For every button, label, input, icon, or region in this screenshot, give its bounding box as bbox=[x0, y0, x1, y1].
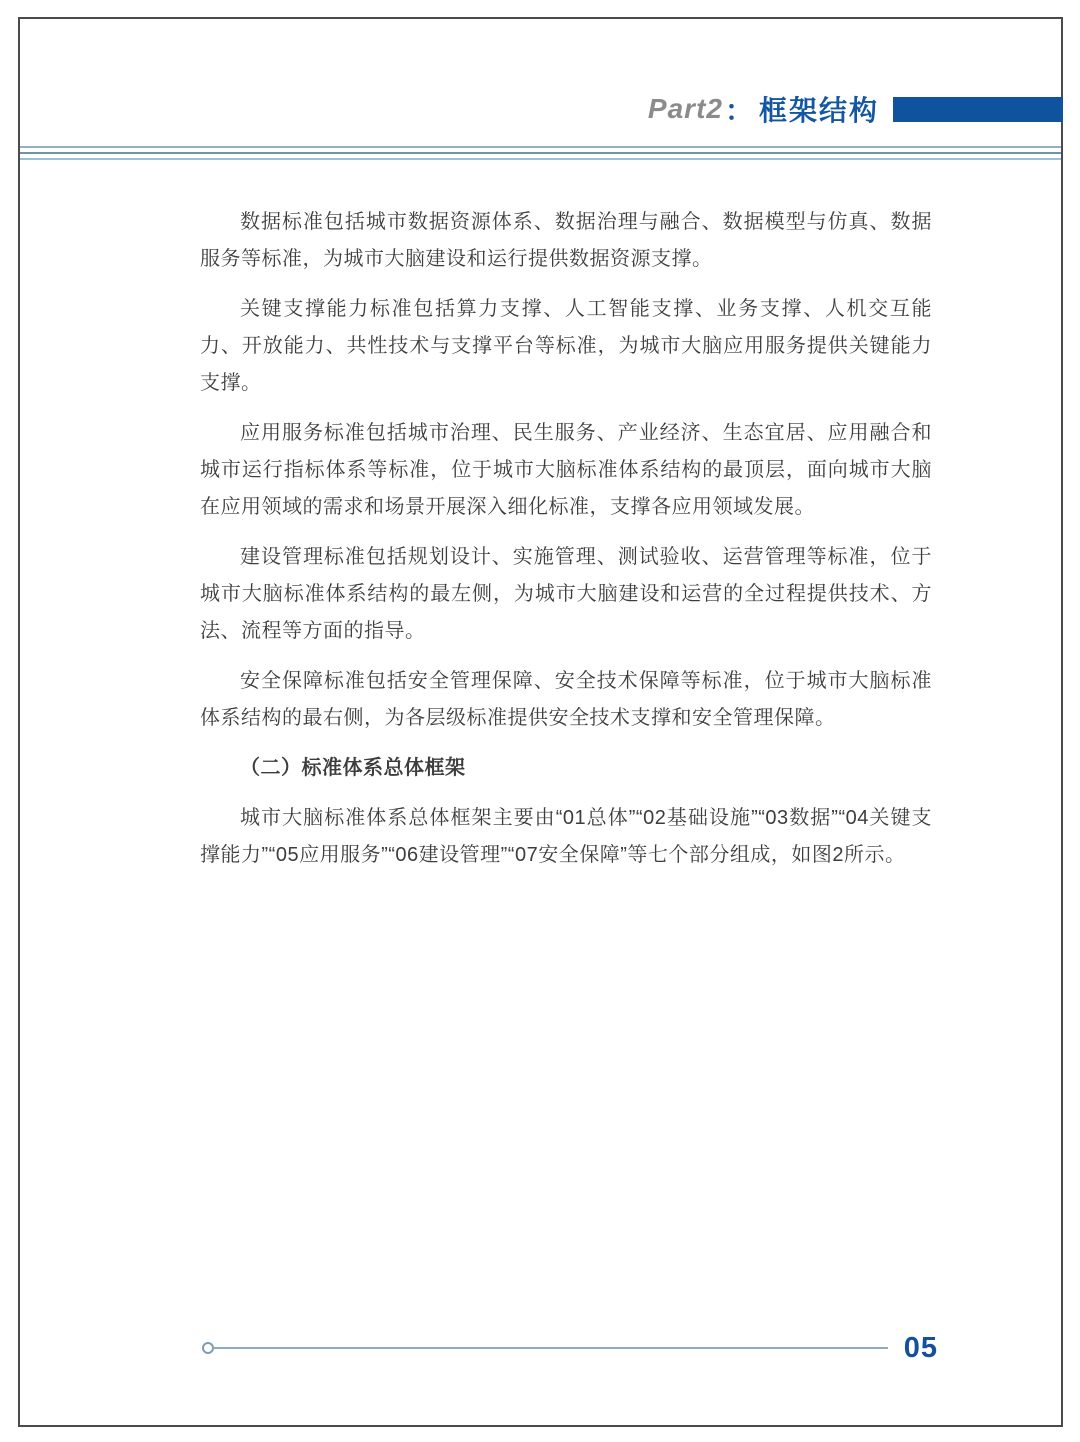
paragraph: 城市大脑标准体系总体框架主要由“01总体”“02基础设施”“03数据”“04关键… bbox=[200, 800, 932, 874]
part-label: Part2 bbox=[648, 93, 723, 125]
page-number: 05 bbox=[904, 1332, 938, 1365]
paragraph: 建设管理标准包括规划设计、实施管理、测试验收、运营管理等标准，位于城市大脑标准体… bbox=[200, 539, 932, 650]
header-section-title: 框架结构 bbox=[759, 89, 879, 129]
page-header: Part2：框架结构 bbox=[648, 93, 1063, 125]
paragraph: 数据标准包括城市数据资源体系、数据治理与融合、数据模型与仿真、数据服务等标准，为… bbox=[200, 204, 932, 278]
header-separator-rules bbox=[20, 146, 1061, 160]
subsection-heading: （二）标准体系总体框架 bbox=[200, 750, 932, 787]
paragraph: 关键支撑能力标准包括算力支撑、人工智能支撑、业务支撑、人机交互能力、开放能力、共… bbox=[200, 291, 932, 402]
separator-rule-bottom bbox=[20, 158, 1061, 160]
document-body: 数据标准包括城市数据资源体系、数据治理与融合、数据模型与仿真、数据服务等标准，为… bbox=[200, 204, 932, 887]
header-colon: ： bbox=[725, 89, 753, 129]
page-footer: 05 bbox=[202, 1331, 938, 1365]
paragraph: 安全保障标准包括安全管理保障、安全技术保障等标准，位于城市大脑标准体系结构的最右… bbox=[200, 663, 932, 737]
paragraph: 应用服务标准包括城市治理、民生服务、产业经济、生态宜居、应用融合和城市运行指标体… bbox=[200, 415, 932, 526]
footer-rule-line bbox=[213, 1347, 888, 1349]
header-accent-bar bbox=[893, 97, 1063, 122]
